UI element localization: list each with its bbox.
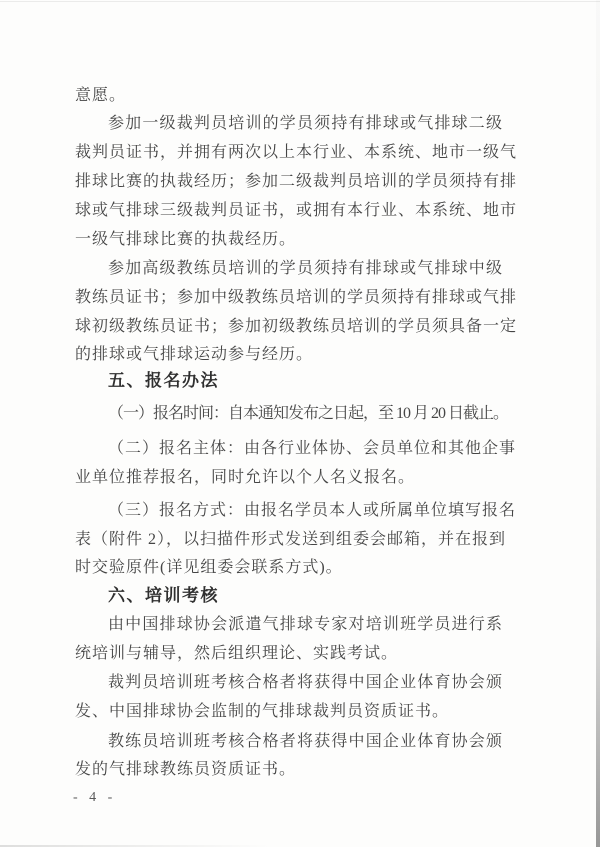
doc-line-2: 裁判员证书，并拥有两次以上本行业、本系统、地市一级气 (75, 141, 503, 170)
doc-line-6: 参加高级教练员培训的学员须持有排球或气排球中级 (75, 257, 503, 286)
scan-edge-top (0, 1, 600, 2)
doc-line-0: 意愿。 (75, 84, 503, 113)
doc-line-14: （三）报名方式：由报名学员本人或所属单位填写报名 (75, 499, 503, 528)
doc-line-20: 裁判员培训班考核合格者将获得中国企业体育协会颁 (75, 671, 503, 700)
doc-line-15: 表（附件 2），以扫描件形式发送到组委会邮箱，并在报到 (75, 528, 503, 557)
doc-line-23: 发的气排球教练员资质证书。 (75, 758, 503, 787)
doc-line-19: 统培训与辅导，然后组织理论、实践考试。 (75, 642, 503, 671)
heading-section-6-training-assessment: 六、培训考核 (75, 584, 503, 613)
doc-line-1: 参加一级裁判员培训的学员须持有排球或气排球二级 (75, 112, 503, 141)
doc-line-16: 时交验原件(详见组委会联系方式)。 (75, 556, 503, 585)
doc-line-12: （二）报名主体：由各行业体协、会员单位和其他企事 (75, 437, 503, 466)
heading-section-5-registration: 五、报名办法 (75, 369, 503, 398)
doc-line-8: 球初级教练员证书；参加初级教练员培训的学员须具备一定 (75, 315, 503, 344)
doc-line-5: 一级气排球比赛的执裁经历。 (75, 228, 503, 257)
page-number: - 4 - (73, 790, 116, 806)
scanned-document-page: 意愿。 参加一级裁判员培训的学员须持有排球或气排球二级 裁判员证书，并拥有两次以… (0, 0, 600, 847)
doc-line-22: 教练员培训班考核合格者将获得中国企业体育协会颁 (75, 730, 503, 759)
doc-line-18: 由中国排球协会派遣气排球专家对培训班学员进行系 (75, 613, 503, 642)
doc-line-3: 排球比赛的执裁经历；参加二级裁判员培训的学员须持有排 (75, 170, 503, 199)
doc-line-7: 教练员证书；参加中级教练员培训的学员须持有排球或气排 (75, 286, 503, 315)
doc-line-21: 发、中国排球协会监制的气排球裁判员资质证书。 (75, 700, 503, 729)
doc-line-13: 业单位推荐报名，同时允许以个人名义报名。 (75, 466, 503, 495)
doc-line-11: （一）报名时间：自本通知发布之日起，至 10 月 20 日截止。 (75, 402, 503, 431)
doc-line-4: 球或气排球三级裁判员证书，或拥有本行业、本系统、地市 (75, 199, 503, 228)
doc-line-9: 的排球或气排球运动参与经历。 (75, 343, 503, 372)
scan-edge-right (596, 0, 600, 847)
